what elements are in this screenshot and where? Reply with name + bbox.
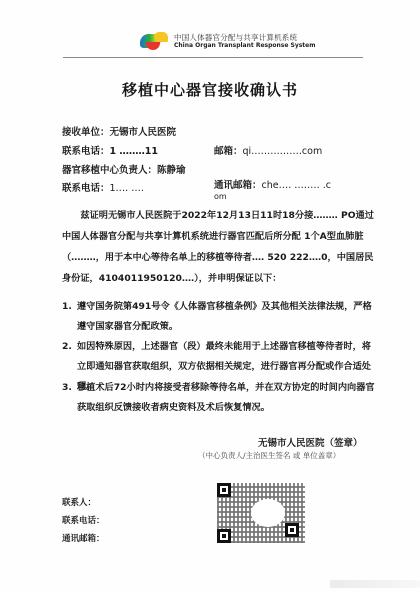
phone1-label: 联系电话：	[62, 146, 110, 157]
phone2-value: 1‥‥ ‥‥	[110, 183, 144, 194]
receiver-label: 接收单位：	[62, 127, 110, 138]
cotrs-logo-icon	[140, 30, 170, 52]
item-number: 3.	[62, 378, 72, 398]
email1-value: qi‥‥‥‥‥‥‥‥com	[243, 146, 323, 157]
item-number: 2.	[62, 337, 72, 357]
certification-paragraph: 兹证明无锡市人民医院于2022年12月13日11时18分接‥‥‥‥ PO通过中国…	[62, 205, 382, 289]
contact-person-label: 联系人：	[62, 496, 96, 508]
email2-value: che‥‥ ‥‥‥‥ .c	[262, 180, 331, 191]
head-value: 陈静瑜	[157, 165, 186, 176]
head-field: 器官移植中心负责人：陈静瑜	[62, 162, 186, 176]
email2-field: 通讯邮箱：che‥‥ ‥‥‥‥ .c om	[214, 180, 331, 202]
email2-value-cont: om	[214, 192, 227, 201]
document-page: 中国人体器官分配与共享计算机系统 China Organ Transplant …	[0, 0, 420, 592]
receiver-value: 无锡市人民医院	[110, 127, 177, 138]
signature-organization: 无锡市人民医院（签章）	[258, 435, 363, 449]
system-name-cn: 中国人体器官分配与共享计算机系统	[174, 33, 316, 42]
item-text: 遵守国务院第491号令《人体器官移植条例》及其他相关法律法规，严格遵守国家器官分…	[77, 297, 377, 337]
receiver-field: 接收单位：无锡市人民医院	[62, 124, 176, 138]
system-name-en: China Organ Transplant Response System	[174, 42, 316, 50]
head-label: 器官移植中心负责人：	[62, 165, 157, 176]
document-header: 中国人体器官分配与共享计算机系统 China Organ Transplant …	[140, 29, 340, 53]
signature-note: （中心负责人/主治医生签名 或 单位盖章）	[198, 450, 340, 461]
phone1-field: 联系电话：1 ‥‥‥‥11	[62, 143, 158, 157]
qr-code-icon	[217, 483, 305, 543]
email1-label: 邮箱：	[214, 146, 243, 157]
commitment-item-1: 1. 遵守国务院第491号令《人体器官移植条例》及其他相关法律法规，严格遵守国家…	[62, 297, 377, 337]
email1-field: 邮箱：qi‥‥‥‥‥‥‥‥com	[214, 143, 322, 157]
contact-phone-label: 联系电话：	[62, 514, 105, 526]
header-divider	[63, 57, 363, 58]
item-text: 移植术后72小时内将接受者移除等待名单，并在双方协定的时间内向器官获取组织反馈接…	[77, 378, 377, 418]
commitment-item-3: 3. 移植术后72小时内将接受者移除等待名单，并在双方协定的时间内向器官获取组织…	[62, 378, 377, 418]
email2-label: 通讯邮箱：	[214, 180, 262, 191]
phone2-label: 联系电话：	[62, 183, 110, 194]
phone2-field: 联系电话：1‥‥ ‥‥	[62, 180, 144, 194]
item-number: 1.	[62, 297, 72, 317]
contact-email-label: 通讯邮箱：	[62, 532, 105, 544]
phone1-value: 1 ‥‥‥‥11	[110, 146, 158, 157]
document-title: 移植中心器官接收确认书	[0, 79, 420, 100]
watermark-icon	[330, 580, 420, 588]
